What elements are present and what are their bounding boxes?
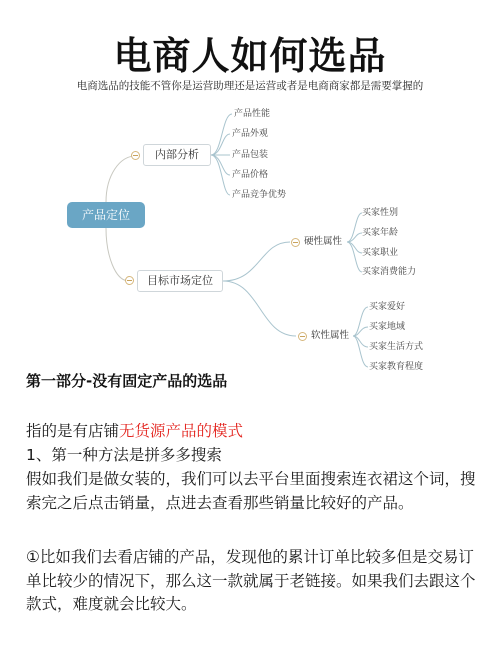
mindmap-leaf[interactable]: 买家年龄 xyxy=(362,226,398,240)
mindmap-leaf[interactable]: 产品性能 xyxy=(234,107,270,121)
method-heading: 1、第一种方法是拼多多搜索 xyxy=(26,444,486,468)
mindmap-leaf[interactable]: 买家地域 xyxy=(369,320,405,334)
mindmap-leaf[interactable]: 买家生活方式 xyxy=(369,340,423,354)
mindmap-leaf[interactable]: 买家爱好 xyxy=(369,300,405,314)
mindmap-leaf[interactable]: 产品外观 xyxy=(232,127,268,141)
mindmap-leaf[interactable]: 买家职业 xyxy=(362,246,398,260)
paragraph-2: ①比如我们去看店铺的产品，发现他的累计订单比较多但是交易订单比较少的情况下，那么… xyxy=(26,546,486,617)
mindmap-node-internal-analysis[interactable]: 内部分析 xyxy=(143,144,211,166)
collapse-icon[interactable] xyxy=(131,151,140,160)
paragraph-1: 假如我们是做女装的，我们可以去平台里面搜索连衣裙这个词，搜索完之后点击销量，点进… xyxy=(26,468,486,515)
mindmap-leaf[interactable]: 买家教育程度 xyxy=(369,360,423,374)
mindmap-root-node[interactable]: 产品定位 xyxy=(67,202,145,228)
mindmap-leaf[interactable]: 买家性别 xyxy=(362,206,398,220)
mindmap-leaf[interactable]: 产品价格 xyxy=(232,168,268,182)
collapse-icon[interactable] xyxy=(125,276,134,285)
mindmap-node-hard-attributes[interactable]: 硬性属性 xyxy=(304,235,342,249)
mindmap-leaf[interactable]: 买家消费能力 xyxy=(362,265,416,279)
intro-prefix: 指的是有店铺 xyxy=(26,422,119,440)
mindmap-leaf[interactable]: 产品竞争优势 xyxy=(232,188,286,202)
collapse-icon[interactable] xyxy=(291,238,300,247)
intro-highlight: 无货源产品的模式 xyxy=(119,422,243,440)
section-heading: 第一部分-没有固定产品的选品 xyxy=(26,370,227,391)
mindmap-node-soft-attributes[interactable]: 软性属性 xyxy=(311,329,349,343)
mindmap-leaf[interactable]: 产品包装 xyxy=(232,148,268,162)
collapse-icon[interactable] xyxy=(298,332,307,341)
intro-line: 指的是有店铺无货源产品的模式 xyxy=(26,420,486,444)
mindmap-node-target-market[interactable]: 目标市场定位 xyxy=(137,270,223,292)
